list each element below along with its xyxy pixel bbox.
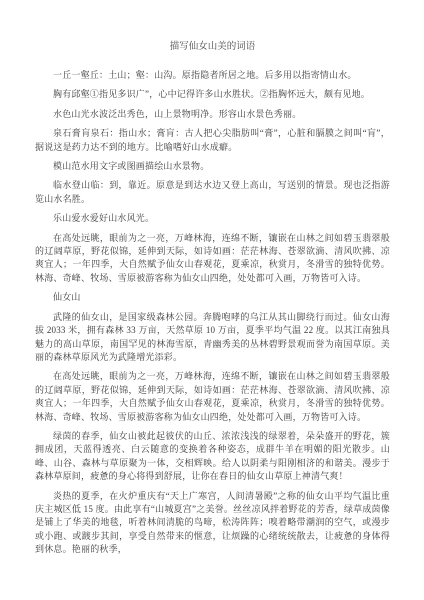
paragraph: 乐山爱水爱好山水风光。 xyxy=(35,212,390,225)
paragraph: 胸有邱壑①指见多识广”，心中记得许多山水胜状。②指胸怀远大，颇有见地。 xyxy=(35,88,390,101)
document-title: 描写仙女山美的词语 xyxy=(35,42,390,53)
paragraph: 临水登山临：到，靠近。原意是到达水边又登上高山，写送别的情景。现也泛指游览山水名… xyxy=(35,179,390,206)
paragraph: 在高处远眺，眼前为之一亮，万峰林海，连绵不断，镶嵌在山林之间如碧玉翡翠般的辽阔草… xyxy=(35,370,390,424)
document-body: 一丘一壑丘：土山；壑：山沟。原指隐者所居之地。后多用以指寄情山水。胸有邱壑①指见… xyxy=(35,69,390,557)
paragraph: 水色山光水波泛出秀色，山上景物明净。形容山水景色秀丽。 xyxy=(35,108,390,121)
paragraph: 模山范水用文字或图画描绘山水景物。 xyxy=(35,160,390,173)
paragraph: 在高处远眺，眼前为之一亮，万峰林海，连绵不断，镶嵌在山林之间如碧玉翡翠般的辽阔草… xyxy=(35,232,390,286)
document-page: 描写仙女山美的词语 一丘一壑丘：土山；壑：山沟。原指隐者所居之地。后多用以指寄情… xyxy=(0,0,424,600)
paragraph: 武隆的仙女山，是国家级森林公园。奔腾咆哮的乌江从其山脚绕行而过。仙女山海拔 20… xyxy=(35,311,390,365)
paragraph: 绿茵的春季，仙女山被此起彼伏的山丘、浓浓浅浅的绿翠着，朵朵盛开的野花，簇拥成团，… xyxy=(35,430,390,484)
paragraph: 仙女山 xyxy=(35,291,390,304)
paragraph: 泉石膏肓泉石：指山水；膏肓：古人把心尖脂肪叫“膏”，心脏和膈膜之间叫“肓”，据说… xyxy=(35,127,390,154)
paragraph: 炎热的夏季，在火炉重庆有“天上广寒宫，人间清暑殿”之称的仙女山平均气温比重庆主城… xyxy=(35,490,390,557)
paragraph: 一丘一壑丘：土山；壑：山沟。原指隐者所居之地。后多用以指寄情山水。 xyxy=(35,69,390,82)
